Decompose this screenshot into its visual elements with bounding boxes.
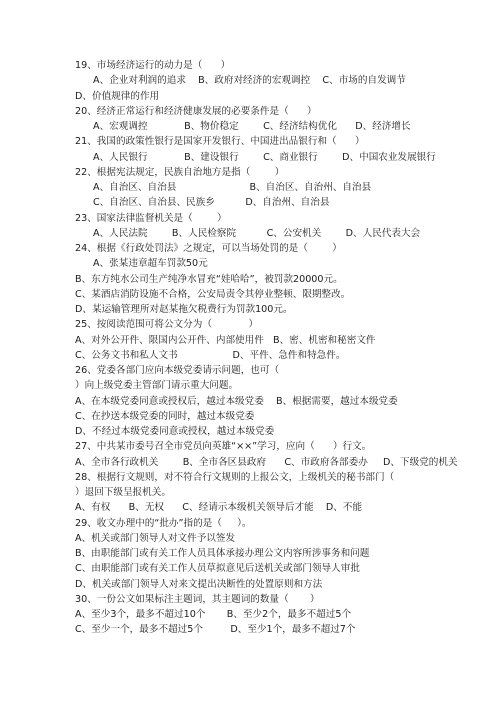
document-line: 28、根据行文规则，对不符合行文规则的上报公文，上级机关的秘书部门（ bbox=[75, 470, 495, 485]
document-line: A、人民银行 B、建设银行 C、商业银行 D、中国农业发展银行 bbox=[75, 150, 495, 165]
document-line: A、对外公开件、限国内公开件、内部使用件 B、密、机密和秘密文件 bbox=[75, 333, 495, 348]
document-line: 20、经济正常运行和经济健康发展的必要条件是（ ） bbox=[75, 104, 495, 119]
document-line: A、自治区、自治县 B、自治区、自治州、自治县 bbox=[75, 180, 495, 195]
document-line: A、张某违章超车罚款50元 bbox=[75, 256, 495, 271]
document-line: A、全市各行政机关 B、全市各区县政府 C、市政府各部委办 D、下级党的机关 bbox=[75, 455, 495, 470]
document-line: C、在抄送本级党委的同时，越过本级党委 bbox=[75, 409, 495, 424]
document-line: C、公务文书和私人文书 D、平件、急件和特急件。 bbox=[75, 348, 495, 363]
document-line: A、有权 B、无权 C、经请示本级机关领导后才能 D、不能 bbox=[75, 500, 495, 515]
document-line: 30、一份公文如果标注主题词，其主题词的数量（ ） bbox=[75, 592, 495, 607]
document-line: A、企业对利润的追求 B、政府对经济的宏观调控 C、市场的自发调节 bbox=[75, 73, 495, 88]
document-line: A、宏观调控 B、物价稳定 C、经济结构优化 D、经济增长 bbox=[75, 119, 495, 134]
document-line: A、在本级党委同意或授权后，越过本级党委 B、根据需要，越过本级党委 bbox=[75, 394, 495, 409]
document-line: D、机关或部门领导人对来文提出决断性的处置原则和方法 bbox=[75, 577, 495, 592]
document-page: 19、市场经济运行的动力是（ ）A、企业对利润的追求 B、政府对经济的宏观调控 … bbox=[0, 0, 499, 706]
document-line: 24、根据《行政处罚法》之规定，可以当场处罚的是（ ） bbox=[75, 241, 495, 256]
document-line: C、自治区、自治县、民族乡 D、自治州、自治县 bbox=[75, 195, 495, 210]
document-line: 23、国家法律监督机关是（ ） bbox=[75, 211, 495, 226]
document-line: D、不经过本级党委同意或授权，越过本级党委 bbox=[75, 424, 495, 439]
document-line: B、东方纯水公司生产纯净水冒充“娃哈哈”，被罚款20000元。 bbox=[75, 272, 495, 287]
document-line: 22、根据宪法规定，民族自治地方是指（ ） bbox=[75, 165, 495, 180]
document-line: D、某运输管理所对赵某拖欠税费行为罚款100元。 bbox=[75, 302, 495, 317]
document-line: A、人民法院 B、人民检察院 C、公安机关 D、人民代表大会 bbox=[75, 226, 495, 241]
document-line: B、由职能部门或有关工作人员具体承接办理公文内容所涉事务和问题 bbox=[75, 546, 495, 561]
document-line: 25、按阅读范围可将公文分为（ ） bbox=[75, 317, 495, 332]
document-line: 26、党委各部门应向本级党委请示问题，也可（ bbox=[75, 363, 495, 378]
document-line: ）退回下级呈报机关。 bbox=[75, 485, 495, 500]
document-line: ）向上级党委主管部门请示重大问题。 bbox=[75, 378, 495, 393]
document-line: C、由职能部门或有关工作人员草拟意见后送机关或部门领导人审批 bbox=[75, 561, 495, 576]
document-line: A、至少3个，最多不超过10个 B、至少2个，最多不超过5个 bbox=[75, 607, 495, 622]
document-line: 27、中共某市委号召全市党员向英雄“××”学习，应向（ ）行文。 bbox=[75, 439, 495, 454]
document-line: C、某酒店消防设施不合格，公安局责令其停业整顿、限期整改。 bbox=[75, 287, 495, 302]
document-line: 21、我国的政策性银行是国家开发银行、中国进出品银行和（ ） bbox=[75, 134, 495, 149]
document-line: D、价值规律的作用 bbox=[75, 89, 495, 104]
document-line: C、至少一个，最多不超过5个 D、至少1个，最多不超过7个 bbox=[75, 622, 495, 637]
document-line: A、机关或部门领导人对文件予以签发 bbox=[75, 531, 495, 546]
document-line: 19、市场经济运行的动力是（ ） bbox=[75, 58, 495, 73]
question-list: 19、市场经济运行的动力是（ ）A、企业对利润的追求 B、政府对经济的宏观调控 … bbox=[75, 58, 495, 638]
document-line: 29、收文办理中的“批办”指的是（ ）。 bbox=[75, 516, 495, 531]
